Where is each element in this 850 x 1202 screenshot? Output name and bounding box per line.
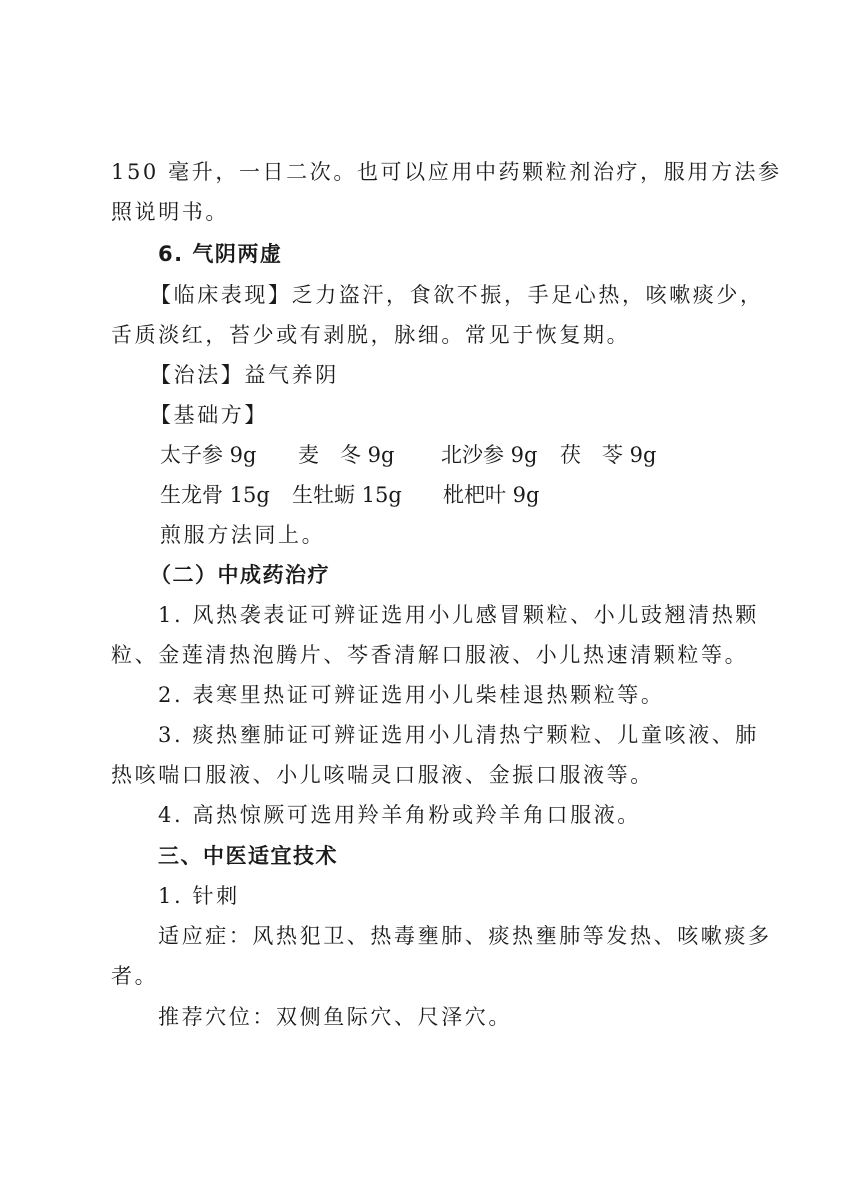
treatment-method: 【治法】益气养阴 (150, 355, 339, 395)
acupoints-text: 推荐穴位：双侧鱼际穴、尺泽穴。 (158, 997, 512, 1037)
paragraph-line: 150 毫升，一日二次。也可以应用中药颗粒剂治疗，服用方法参 (111, 152, 782, 192)
subsection-heading: （二）中成药治疗 (150, 555, 330, 595)
herb-item: 生牡蛎 15g (292, 475, 402, 515)
list-item: 4. 高热惊厥可选用羚羊角粉或羚羊角口服液。 (158, 795, 641, 835)
herb-item: 北沙参 9g (441, 435, 537, 475)
list-item: 1. 风热袭表证可辨证选用小儿感冒颗粒、小儿豉翘清热颗 (158, 595, 759, 635)
list-item-cont: 粒、金莲清热泡腾片、芩香清解口服液、小儿热速清颗粒等。 (111, 635, 748, 675)
subsection-heading: 1. 针刺 (158, 876, 240, 916)
herb-item: 太子参 9g (160, 435, 256, 475)
formula-label: 【基础方】 (150, 395, 268, 435)
herb-item: 枇杷叶 9g (443, 475, 539, 515)
document-page: 150 毫升，一日二次。也可以应用中药颗粒剂治疗，服用方法参 照说明书。 6. … (0, 0, 850, 1202)
section-heading: 三、中医适宜技术 (158, 836, 338, 876)
indication-text-cont: 者。 (111, 956, 158, 996)
decoction-note: 煎服方法同上。 (160, 515, 325, 555)
list-item: 2. 表寒里热证可辨证选用小儿柴桂退热颗粒等。 (158, 675, 665, 715)
clinical-presentation-cont: 舌质淡红，苔少或有剥脱，脉细。常见于恢复期。 (111, 315, 630, 355)
list-item: 3. 痰热壅肺证可辨证选用小儿清热宁颗粒、儿童咳液、肺 (158, 715, 759, 755)
herb-item: 茯 苓 9g (560, 435, 656, 475)
herb-item: 麦 冬 9g (298, 435, 394, 475)
indication-text: 适应症：风热犯卫、热毒壅肺、痰热壅肺等发热、咳嗽痰多 (158, 916, 772, 956)
section-heading: 6. 气阴两虚 (158, 234, 282, 274)
clinical-presentation: 【临床表现】乏力盗汗，食欲不振，手足心热，咳嗽痰少， (150, 275, 764, 315)
paragraph-line: 照说明书。 (111, 192, 229, 232)
list-item-cont: 热咳喘口服液、小儿咳喘灵口服液、金振口服液等。 (111, 755, 654, 795)
herb-item: 生龙骨 15g (160, 475, 270, 515)
